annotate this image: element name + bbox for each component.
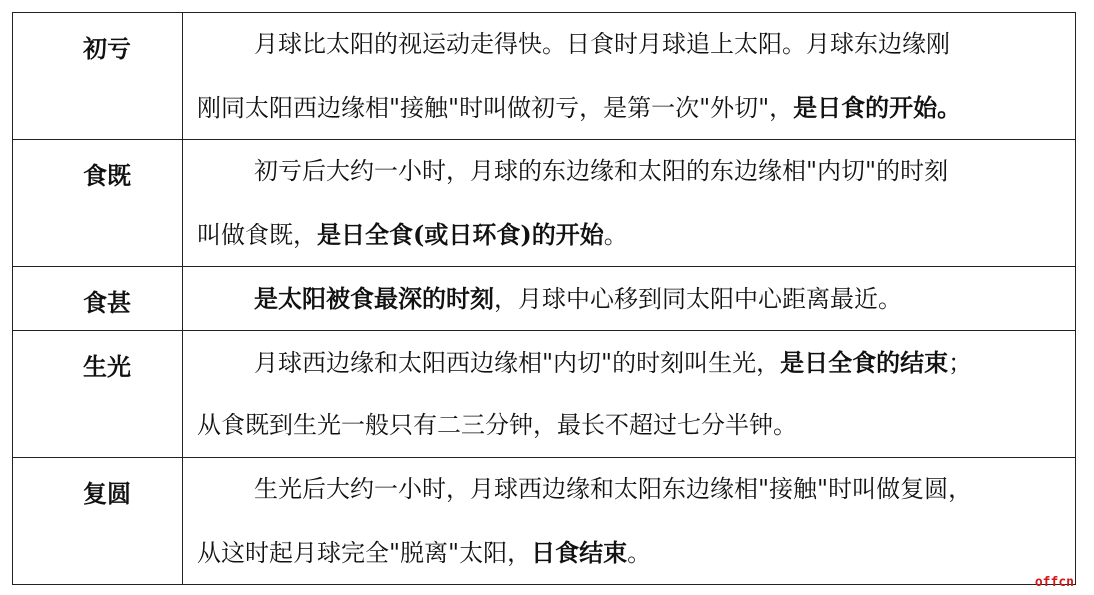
phase-term-cell: 初亏 <box>13 13 183 140</box>
description-line: 月球西边缘和太阳西边缘相"内切"的时刻叫生光，是日全食的结束； <box>197 331 1065 394</box>
bold-text: 是太阳被食最深的时刻 <box>254 284 494 313</box>
phase-term: 生光 <box>83 331 182 382</box>
description-line: 是太阳被食最深的时刻，月球中心移到同太阳中心距离最近。 <box>197 267 1065 330</box>
bold-text: 是日全食的结束 <box>780 348 948 377</box>
phase-description-cell: 月球比太阳的视运动走得快。日食时月球追上太阳。月球东边缘刚刚同太阳西边缘相"接触… <box>183 13 1076 140</box>
phase-term-cell: 生光 <box>13 331 183 458</box>
phase-term: 食既 <box>83 140 182 191</box>
table-row: 生光月球西边缘和太阳西边缘相"内切"的时刻叫生光，是日全食的结束；从食既到生光一… <box>13 331 1076 458</box>
phase-term-cell: 复圆 <box>13 458 183 585</box>
text: 月球西边缘和太阳西边缘相"内切"的时刻叫生光， <box>254 349 780 377</box>
phase-term: 食甚 <box>83 267 182 318</box>
text: 生光后大约一小时，月球西边缘和太阳东边缘相"接触"时叫做复圆， <box>254 475 972 503</box>
text: 月球比太阳的视运动走得快。日食时月球追上太阳。月球东边缘刚 <box>254 30 950 58</box>
phase-term: 复圆 <box>83 458 182 509</box>
description-line: 初亏后大约一小时，月球的东边缘和太阳的东边缘相"内切"的时刻 <box>197 140 1065 203</box>
table-row: 复圆生光后大约一小时，月球西边缘和太阳东边缘相"接触"时叫做复圆，从这时起月球完… <box>13 458 1076 585</box>
phase-term-cell: 食既 <box>13 140 183 267</box>
text: 。 <box>627 539 651 567</box>
text: ； <box>948 349 972 377</box>
phase-description-cell: 生光后大约一小时，月球西边缘和太阳东边缘相"接触"时叫做复圆，从这时起月球完全"… <box>183 458 1076 585</box>
description-line: 月球比太阳的视运动走得快。日食时月球追上太阳。月球东边缘刚 <box>197 13 1065 76</box>
description-line: 叫做食既，是日全食(或日环食)的开始。 <box>197 203 1065 266</box>
text: 。 <box>604 221 628 249</box>
description-line: 从这时起月球完全"脱离"太阳，日食结束。 <box>197 521 1065 584</box>
phase-description-cell: 是太阳被食最深的时刻，月球中心移到同太阳中心距离最近。 <box>183 267 1076 331</box>
phase-term-cell: 食甚 <box>13 267 183 331</box>
bold-text: 日食结束 <box>531 538 627 567</box>
table-row: 食既初亏后大约一小时，月球的东边缘和太阳的东边缘相"内切"的时刻叫做食既，是日全… <box>13 140 1076 267</box>
text: 刚同太阳西边缘相"接触"时叫做初亏，是第一次"外切"， <box>197 94 793 122</box>
bold-text: 是日食的开始。 <box>793 93 961 122</box>
table-row: 初亏月球比太阳的视运动走得快。日食时月球追上太阳。月球东边缘刚刚同太阳西边缘相"… <box>13 13 1076 140</box>
watermark: offcn <box>1035 575 1074 590</box>
description-line: 从食既到生光一般只有二三分钟，最长不超过七分半钟。 <box>197 394 1065 457</box>
phase-description-cell: 月球西边缘和太阳西边缘相"内切"的时刻叫生光，是日全食的结束；从食既到生光一般只… <box>183 331 1076 458</box>
phase-term: 初亏 <box>83 13 182 64</box>
phase-description-cell: 初亏后大约一小时，月球的东边缘和太阳的东边缘相"内切"的时刻叫做食既，是日全食(… <box>183 140 1076 267</box>
text: 从这时起月球完全"脱离"太阳， <box>197 539 531 567</box>
description-line: 刚同太阳西边缘相"接触"时叫做初亏，是第一次"外切"，是日食的开始。 <box>197 76 1065 139</box>
table-body: 初亏月球比太阳的视运动走得快。日食时月球追上太阳。月球东边缘刚刚同太阳西边缘相"… <box>13 13 1076 585</box>
text: 叫做食既， <box>197 221 317 249</box>
table-row: 食甚是太阳被食最深的时刻，月球中心移到同太阳中心距离最近。 <box>13 267 1076 331</box>
text: 从食既到生光一般只有二三分钟，最长不超过七分半钟。 <box>197 411 797 439</box>
bold-text: 是日全食(或日环食)的开始 <box>317 220 604 249</box>
text: 初亏后大约一小时，月球的东边缘和太阳的东边缘相"内切"的时刻 <box>254 157 948 185</box>
text: ，月球中心移到同太阳中心距离最近。 <box>494 285 902 313</box>
solar-eclipse-phases-table: 初亏月球比太阳的视运动走得快。日食时月球追上太阳。月球东边缘刚刚同太阳西边缘相"… <box>12 12 1076 585</box>
description-line: 生光后大约一小时，月球西边缘和太阳东边缘相"接触"时叫做复圆， <box>197 458 1065 521</box>
